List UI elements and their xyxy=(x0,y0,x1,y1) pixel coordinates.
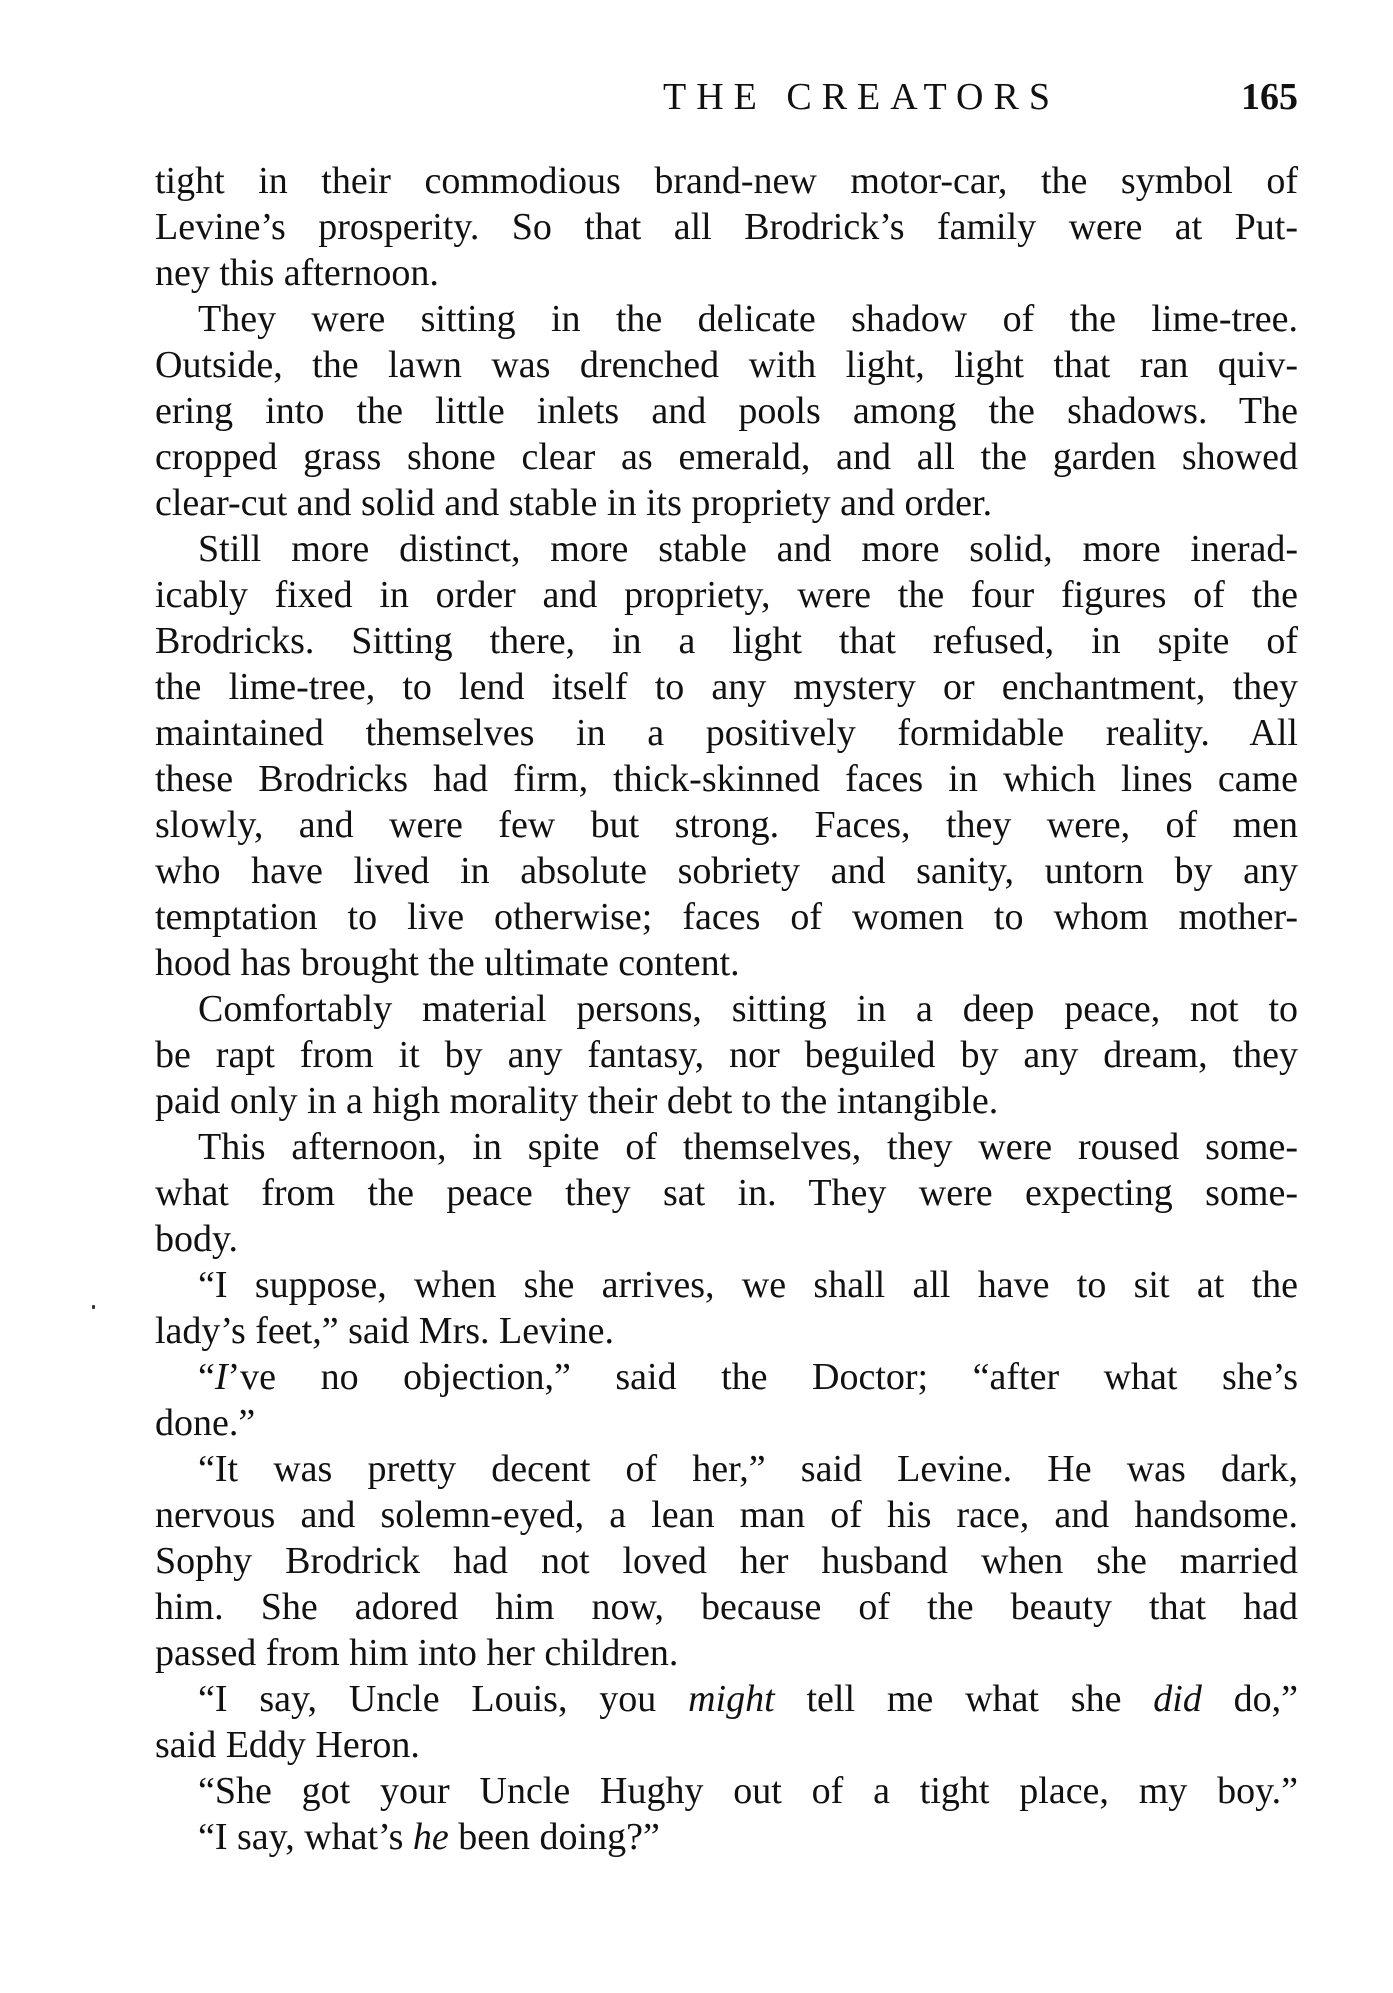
running-header: THE CREATORS 165 xyxy=(155,72,1298,122)
text-line: maintained themselves in a positively fo… xyxy=(155,710,1298,756)
text-line: done.” xyxy=(155,1400,1298,1446)
text-line: slowly, and were few but strong. Faces, … xyxy=(155,802,1298,848)
italic-text: I xyxy=(215,1356,228,1398)
text-line: Brodricks. Sitting there, in a light tha… xyxy=(155,618,1298,664)
italic-text: he xyxy=(413,1816,449,1858)
text-line: him. She adored him now, because of the … xyxy=(155,1584,1298,1630)
text-line: paid only in a high morality their debt … xyxy=(155,1078,1298,1124)
text-line: “It was pretty decent of her,” said Levi… xyxy=(155,1446,1298,1492)
book-page: THE CREATORS 165 tight in their commodio… xyxy=(0,0,1393,1993)
text-line: nervous and solemn-eyed, a lean man of h… xyxy=(155,1492,1298,1538)
text-line: icably fixed in order and propriety, wer… xyxy=(155,572,1298,618)
text-line: “She got your Uncle Hughy out of a tight… xyxy=(155,1768,1298,1814)
text-line: ering into the little inlets and pools a… xyxy=(155,388,1298,434)
text-line: these Brodricks had firm, thick-skinned … xyxy=(155,756,1298,802)
text-line: Outside, the lawn was drenched with ligh… xyxy=(155,342,1298,388)
text-line: said Eddy Heron. xyxy=(155,1722,1298,1768)
text-line: “I suppose, when she arrives, we shall a… xyxy=(155,1262,1298,1308)
text-line: temptation to live otherwise; faces of w… xyxy=(155,894,1298,940)
text-line: body. xyxy=(155,1216,1298,1262)
text-line: ney this afternoon. xyxy=(155,250,1298,296)
text-line: “I’ve no objection,” said the Doctor; “a… xyxy=(155,1354,1298,1400)
body-text: tight in their commodious brand-new moto… xyxy=(155,158,1298,1860)
text-line: lady’s feet,” said Mrs. Levine. xyxy=(155,1308,1298,1354)
text-line: tight in their commodious brand-new moto… xyxy=(155,158,1298,204)
text-line: “I say, what’s he been doing?” xyxy=(155,1814,1298,1860)
text-line: Levine’s prosperity. So that all Brodric… xyxy=(155,204,1298,250)
text-segment: ’ve no objection,” said the Doctor; “aft… xyxy=(228,1356,1298,1398)
stray-mark xyxy=(92,1305,95,1309)
text-segment: “I say, Uncle Louis, you xyxy=(198,1678,688,1720)
text-line: be rapt from it by any fantasy, nor begu… xyxy=(155,1032,1298,1078)
text-line: Comfortably material persons, sitting in… xyxy=(155,986,1298,1032)
italic-text: might xyxy=(688,1678,775,1720)
text-segment: do,” xyxy=(1202,1678,1298,1720)
text-segment: “ xyxy=(198,1356,215,1398)
text-line: cropped grass shone clear as emerald, an… xyxy=(155,434,1298,480)
text-line: passed from him into her children. xyxy=(155,1630,1298,1676)
text-segment: tell me what she xyxy=(775,1678,1154,1720)
text-line: clear-cut and solid and stable in its pr… xyxy=(155,480,1298,526)
text-line: Still more distinct, more stable and mor… xyxy=(155,526,1298,572)
text-line: hood has brought the ultimate content. xyxy=(155,940,1298,986)
text-line: This afternoon, in spite of themselves, … xyxy=(155,1124,1298,1170)
text-line: who have lived in absolute sobriety and … xyxy=(155,848,1298,894)
page-number: 165 xyxy=(1241,72,1298,122)
running-title: THE CREATORS xyxy=(663,72,1060,122)
italic-text: did xyxy=(1153,1678,1202,1720)
text-line: the lime-tree, to lend itself to any mys… xyxy=(155,664,1298,710)
text-segment: “I say, what’s xyxy=(198,1816,413,1858)
text-segment: been doing?” xyxy=(449,1816,660,1858)
text-line: Sophy Brodrick had not loved her husband… xyxy=(155,1538,1298,1584)
text-line: “I say, Uncle Louis, you might tell me w… xyxy=(155,1676,1298,1722)
text-line: They were sitting in the delicate shadow… xyxy=(155,296,1298,342)
text-line: what from the peace they sat in. They we… xyxy=(155,1170,1298,1216)
